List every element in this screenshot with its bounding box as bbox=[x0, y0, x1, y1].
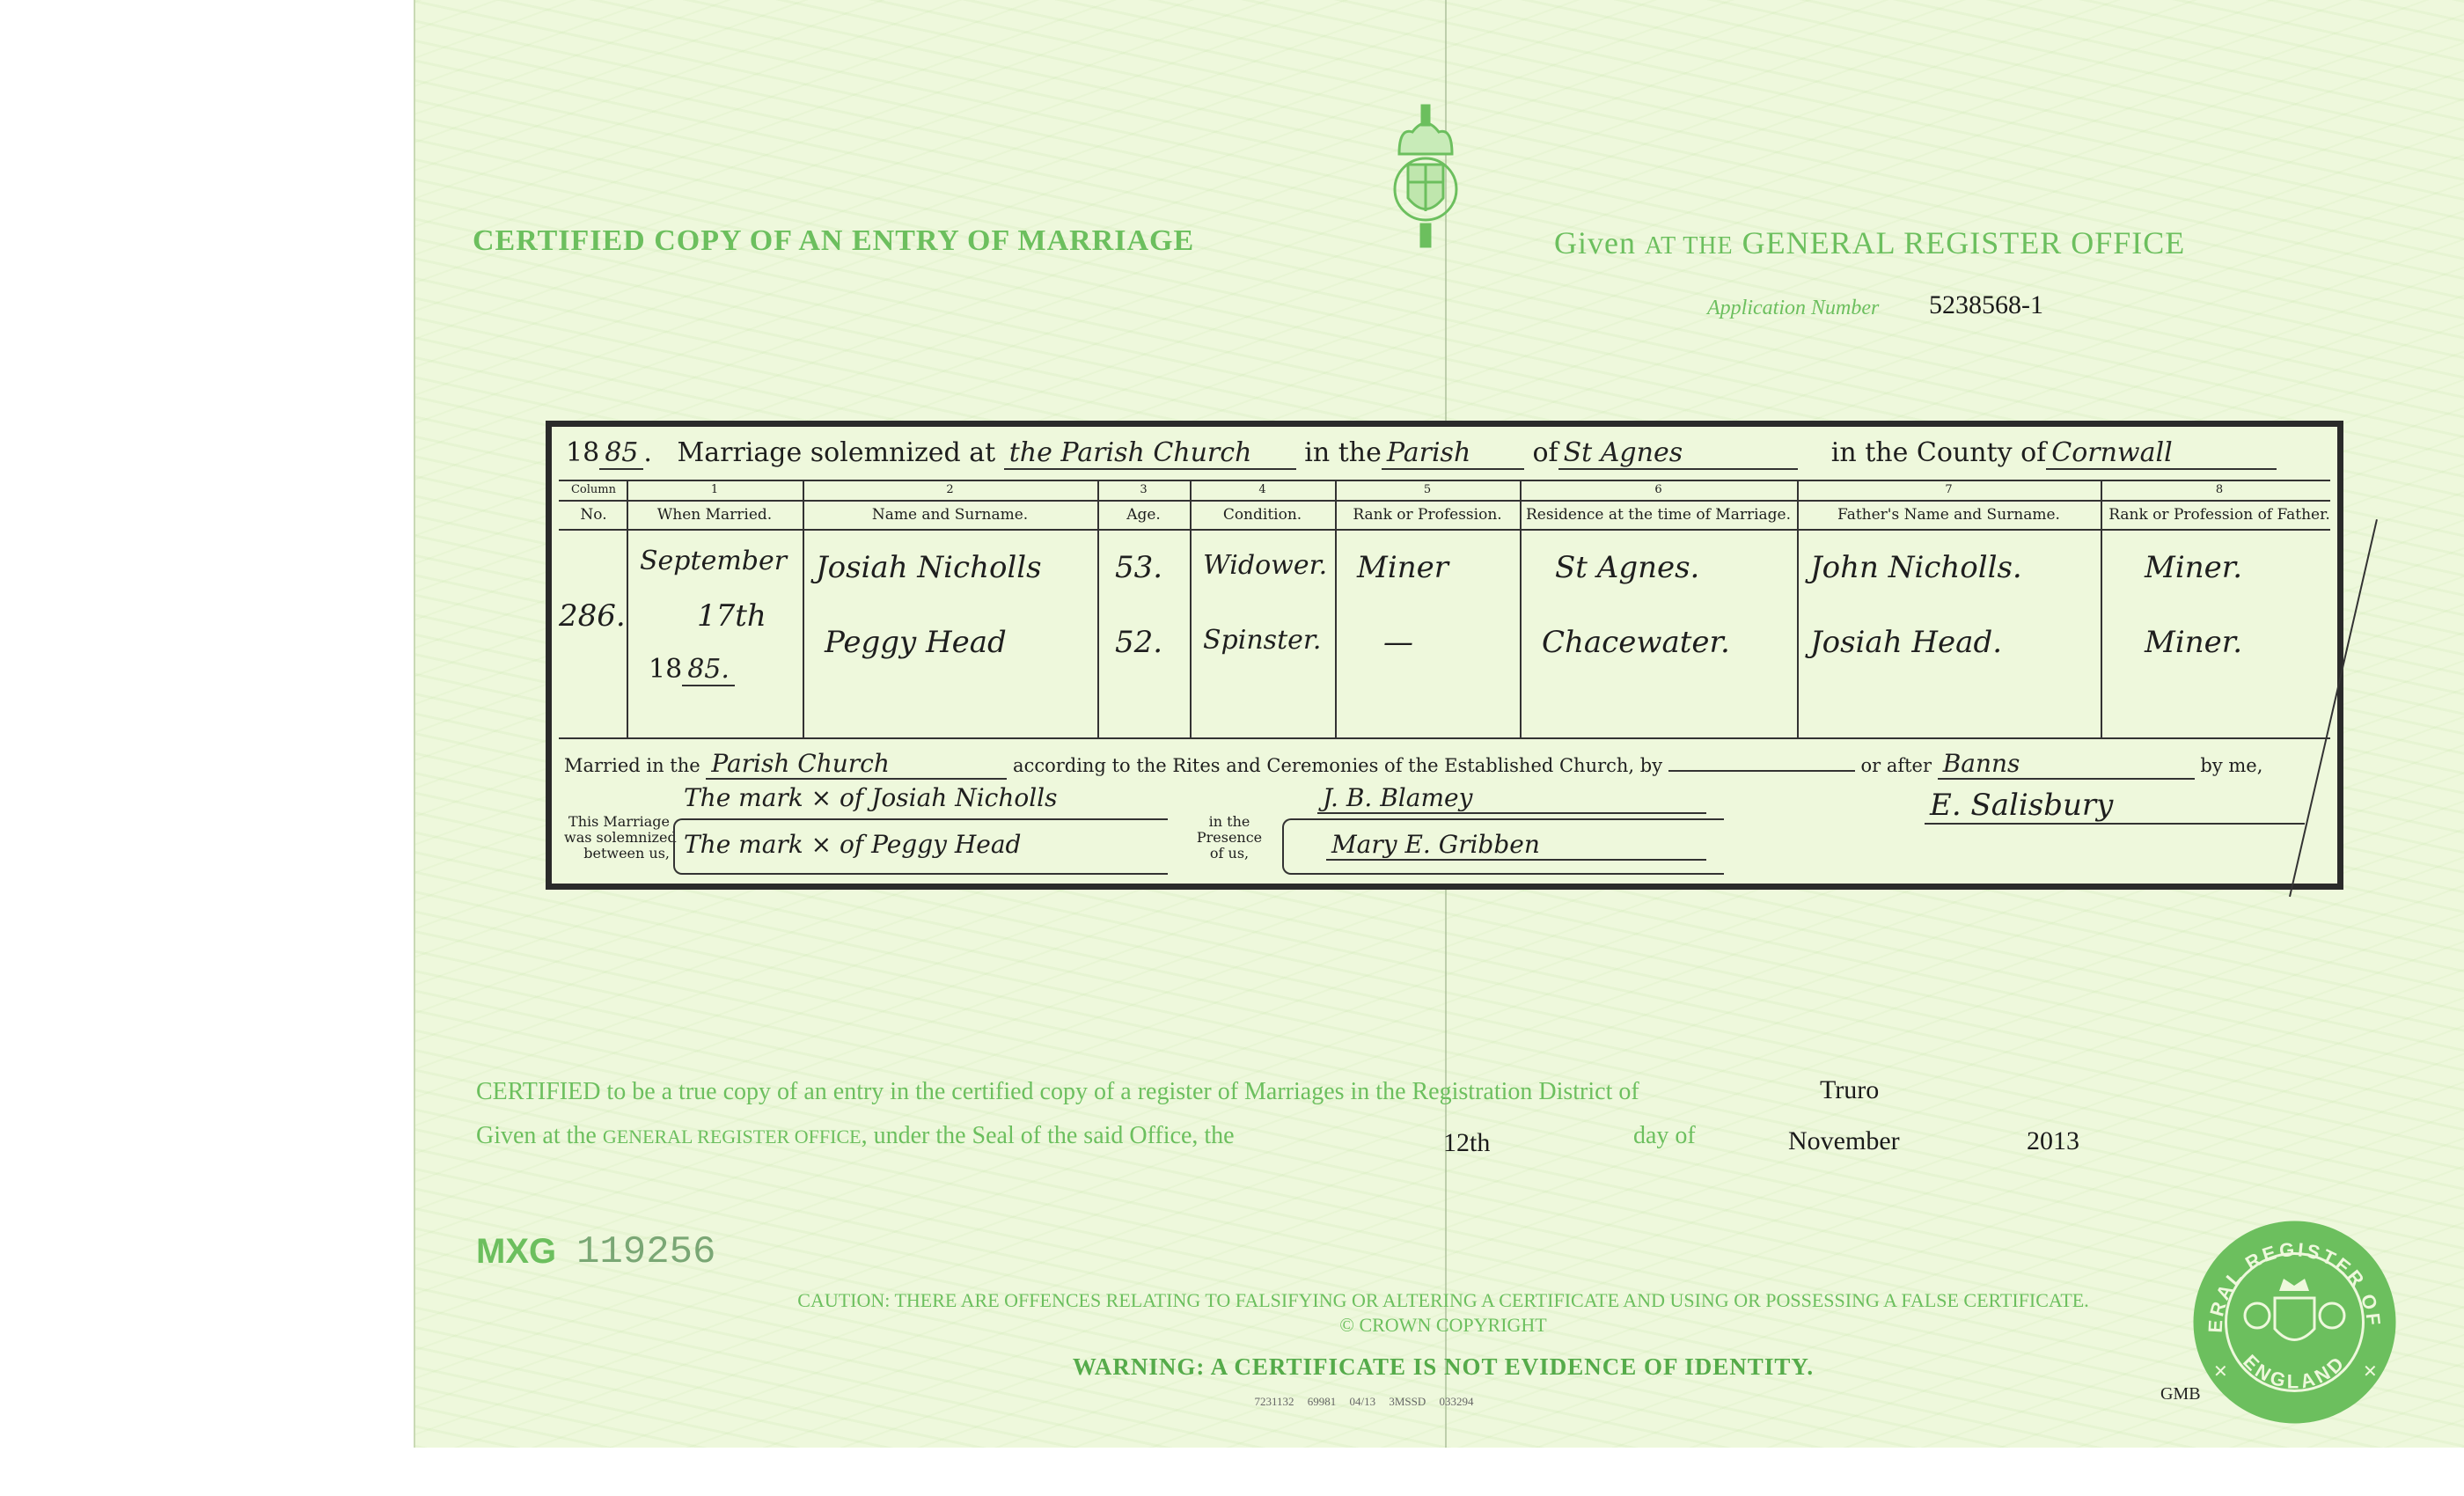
gro-seal-icon: GENERAL REGISTER OFFICE ENGLAND ✕ ✕ bbox=[2191, 1219, 2398, 1426]
serial-number: 119256 bbox=[576, 1230, 715, 1274]
groom-age: 53. bbox=[1115, 550, 1162, 585]
groom-residence: St Agnes. bbox=[1555, 550, 1699, 585]
svg-text:✕: ✕ bbox=[2213, 1362, 2228, 1382]
presence-label: in the Presence of us, bbox=[1194, 814, 1265, 862]
column-number: 7 bbox=[1797, 483, 2101, 496]
issuer-heading: Given at the GENERAL REGISTER OFFICE bbox=[1554, 224, 2185, 261]
caution-notice: CAUTION: THERE ARE OFFENCES RELATING TO … bbox=[792, 1288, 2094, 1338]
col-header-name: Name and Surname. bbox=[803, 506, 1097, 524]
issue-month: November bbox=[1788, 1126, 1900, 1156]
bride-father-profession: Miner. bbox=[2145, 625, 2242, 660]
svg-text:✕: ✕ bbox=[2363, 1362, 2378, 1382]
column-number: 1 bbox=[627, 483, 803, 496]
groom-condition: Widower. bbox=[1203, 550, 1327, 581]
column-number: 4 bbox=[1190, 483, 1335, 496]
royal-crest-icon bbox=[1386, 101, 1465, 255]
issue-day: 12th bbox=[1443, 1128, 1490, 1158]
bride-age: 52. bbox=[1115, 625, 1162, 660]
col-header-residence: Residence at the time of Marriage. bbox=[1520, 506, 1797, 524]
application-number-label: Application Number bbox=[1707, 297, 1879, 320]
bride-condition: Spinster. bbox=[1203, 625, 1321, 656]
document-title: CERTIFIED COPY OF AN ENTRY OF MARRIAGE bbox=[473, 224, 1194, 258]
print-codes: 7231132 69981 04/13 3MSSD 033294 bbox=[1056, 1395, 1672, 1409]
groom-name: Josiah Nicholls bbox=[816, 550, 1042, 585]
col-header-age: Age. bbox=[1097, 506, 1190, 524]
groom-profession: Miner bbox=[1357, 550, 1448, 585]
col-header-rank: Rank or Profession. bbox=[1335, 506, 1520, 524]
entry-year: 1885. bbox=[649, 654, 735, 686]
between-us-label: This Marriage was solemnized between us, bbox=[564, 814, 670, 862]
entry-month: September bbox=[640, 546, 787, 576]
bride-residence: Chacewater. bbox=[1542, 625, 1730, 660]
col-header-father-rank: Rank or Profession of Father. bbox=[2101, 506, 2338, 524]
certification-line-1: CERTIFIED to be a true copy of an entry … bbox=[476, 1078, 1639, 1106]
registration-district: Truro bbox=[1820, 1075, 1879, 1105]
column-label: Column bbox=[561, 483, 627, 496]
witness-2-signature: Mary E. Gribben bbox=[1326, 830, 1706, 861]
witness-1-signature: J. B. Blamey bbox=[1317, 783, 1706, 814]
col-header-when-married: When Married. bbox=[627, 506, 803, 524]
column-number: 5 bbox=[1335, 483, 1520, 496]
party-1-signature: The mark × of Josiah Nicholls bbox=[684, 783, 1058, 812]
column-number: 2 bbox=[803, 483, 1097, 496]
column-number: 8 bbox=[2101, 483, 2338, 496]
entry-number: 286. bbox=[559, 598, 626, 634]
groom-father-name: John Nicholls. bbox=[1810, 550, 2022, 585]
officiant-signature: E. Salisbury bbox=[1925, 788, 2305, 825]
identity-warning: WARNING: A CERTIFICATE IS NOT EVIDENCE O… bbox=[792, 1353, 2094, 1381]
groom-father-profession: Miner. bbox=[2145, 550, 2242, 585]
column-number: 3 bbox=[1097, 483, 1190, 496]
party-2-signature: The mark × of Peggy Head bbox=[684, 830, 1021, 859]
col-header-father-name: Father's Name and Surname. bbox=[1797, 506, 2101, 524]
entry-day: 17th bbox=[697, 598, 766, 634]
serial-prefix: MXG bbox=[476, 1232, 556, 1272]
col-header-no: No. bbox=[561, 506, 627, 524]
column-number: 6 bbox=[1520, 483, 1797, 496]
issue-year: 2013 bbox=[2027, 1126, 2079, 1156]
application-number-value: 5238568-1 bbox=[1929, 290, 2043, 320]
bride-father-name: Josiah Head. bbox=[1810, 625, 2002, 660]
married-in-line: Married in the Parish Church according t… bbox=[564, 749, 2262, 780]
bride-profession: — bbox=[1383, 625, 1413, 660]
day-of-label: day of bbox=[1633, 1122, 1696, 1150]
bride-name: Peggy Head bbox=[825, 625, 1007, 660]
certification-line-2: Given at the General Register Office, un… bbox=[476, 1122, 1235, 1150]
register-heading: 1885. Marriage solemnized at the Parish … bbox=[566, 437, 2277, 470]
col-header-condition: Condition. bbox=[1190, 506, 1335, 524]
register-entry-table: 1885. Marriage solemnized at the Parish … bbox=[546, 421, 2343, 890]
